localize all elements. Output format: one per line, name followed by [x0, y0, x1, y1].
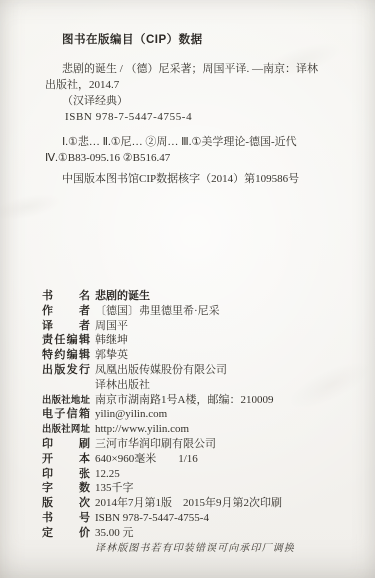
cip-classification-line: Ⅰ.①悲… Ⅱ.①尼… ②周… Ⅲ.①美学理论-德国-近代: [45, 134, 357, 150]
cip-description-line: 悲剧的诞生 / （德）尼采著；周国平译. —南京：译林: [45, 61, 357, 77]
colophon-row: 书名悲剧的诞生: [42, 289, 367, 304]
colophon-label: 定价: [42, 526, 90, 541]
colophon-label: 出版社网址: [42, 422, 90, 437]
colophon-block: 书名悲剧的诞生作者〔德国〕弗里德里希·尼采译者周国平责任编辑韩继坤特约编辑郭挚英…: [42, 289, 367, 556]
colophon-row: 开本640×960毫米 1/16: [42, 452, 367, 467]
colophon-row: 出版发行凤凰出版传媒股份有限公司: [42, 363, 367, 378]
colophon-value: 韩继坤: [95, 333, 128, 348]
colophon-label: 责任编辑: [42, 333, 90, 348]
colophon-value: ISBN 978-7-5447-4755-4: [95, 511, 209, 526]
cip-data-block: 图书在版编目（CIP）数据 悲剧的诞生 / （德）尼采著；周国平译. —南京：译…: [45, 32, 357, 187]
colophon-label: 开本: [42, 452, 90, 467]
cip-classification-line: Ⅳ.①B83-095.16 ②B516.47: [45, 150, 357, 166]
colophon-label: 出版发行: [42, 363, 90, 378]
colophon-label: 版次: [42, 496, 90, 511]
colophon-rows: 书名悲剧的诞生作者〔德国〕弗里德里希·尼采译者周国平责任编辑韩继坤特约编辑郭挚英…: [42, 289, 367, 541]
colophon-value: 35.00 元: [95, 526, 134, 541]
colophon-label: 特约编辑: [42, 348, 90, 363]
colophon-label: 字数: [42, 481, 90, 496]
cip-series-note: （汉译经典）: [45, 93, 357, 109]
colophon-value: 135千字: [95, 481, 134, 496]
colophon-label: 电子信箱: [42, 407, 90, 422]
colophon-value: 640×960毫米 1/16: [95, 452, 198, 467]
colophon-label: 译者: [42, 319, 90, 334]
cip-description-line: 出版社，2014.7: [45, 77, 357, 93]
colophon-value: 2014年7月第1版 2015年9月第2次印刷: [95, 496, 282, 511]
colophon-label: 书名: [42, 289, 90, 304]
colophon-label: [42, 378, 90, 393]
colophon-row: 出版社地址南京市湖南路1号A楼，邮编：210009: [42, 393, 367, 408]
colophon-value: 悲剧的诞生: [95, 289, 150, 304]
colophon-row: 字数135千字: [42, 481, 367, 496]
colophon-row: 印刷三河市华润印刷有限公司: [42, 437, 367, 452]
colophon-value: 郭挚英: [95, 348, 128, 363]
colophon-row: 作者〔德国〕弗里德里希·尼采: [42, 304, 367, 319]
misprint-exchange-note: 译林版图书若有印装错误可向承印厂调换: [95, 542, 367, 557]
colophon-row: 书号ISBN 978-7-5447-4755-4: [42, 511, 367, 526]
colophon-row: 特约编辑郭挚英: [42, 348, 367, 363]
colophon-value: 周国平: [95, 319, 128, 334]
colophon-label: 作者: [42, 304, 90, 319]
cip-record-number: 中国版本图书馆CIP数据核字（2014）第109586号: [45, 171, 357, 187]
colophon-value: 南京市湖南路1号A楼，邮编：210009: [95, 393, 273, 408]
colophon-label: 印刷: [42, 437, 90, 452]
colophon-row: 出版社网址http://www.yilin.com: [42, 422, 367, 437]
colophon-row: 定价35.00 元: [42, 526, 367, 541]
colophon-value: 译林出版社: [95, 378, 150, 393]
colophon-row: 印张12.25: [42, 467, 367, 482]
colophon-value: http://www.yilin.com: [95, 422, 189, 437]
colophon-value: yilin@yilin.com: [95, 407, 167, 422]
colophon-row: 责任编辑韩继坤: [42, 333, 367, 348]
colophon-value: 〔德国〕弗里德里希·尼采: [95, 304, 220, 319]
colophon-row: 译林出版社: [42, 378, 367, 393]
colophon-label: 印张: [42, 467, 90, 482]
colophon-value: 凤凰出版传媒股份有限公司: [95, 363, 227, 378]
colophon-value: 12.25: [95, 467, 120, 482]
colophon-row: 电子信箱yilin@yilin.com: [42, 407, 367, 422]
book-copyright-page: 图书在版编目（CIP）数据 悲剧的诞生 / （德）尼采著；周国平译. —南京：译…: [0, 0, 375, 578]
colophon-value: 三河市华润印刷有限公司: [95, 437, 216, 452]
cip-isbn: ISBN 978-7-5447-4755-4: [45, 109, 357, 125]
colophon-row: 译者周国平: [42, 319, 367, 334]
cip-header: 图书在版编目（CIP）数据: [62, 32, 357, 48]
colophon-label: 书号: [42, 511, 90, 526]
colophon-label: 出版社地址: [42, 393, 90, 408]
colophon-row: 版次2014年7月第1版 2015年9月第2次印刷: [42, 496, 367, 511]
scan-smudge: [0, 189, 64, 225]
